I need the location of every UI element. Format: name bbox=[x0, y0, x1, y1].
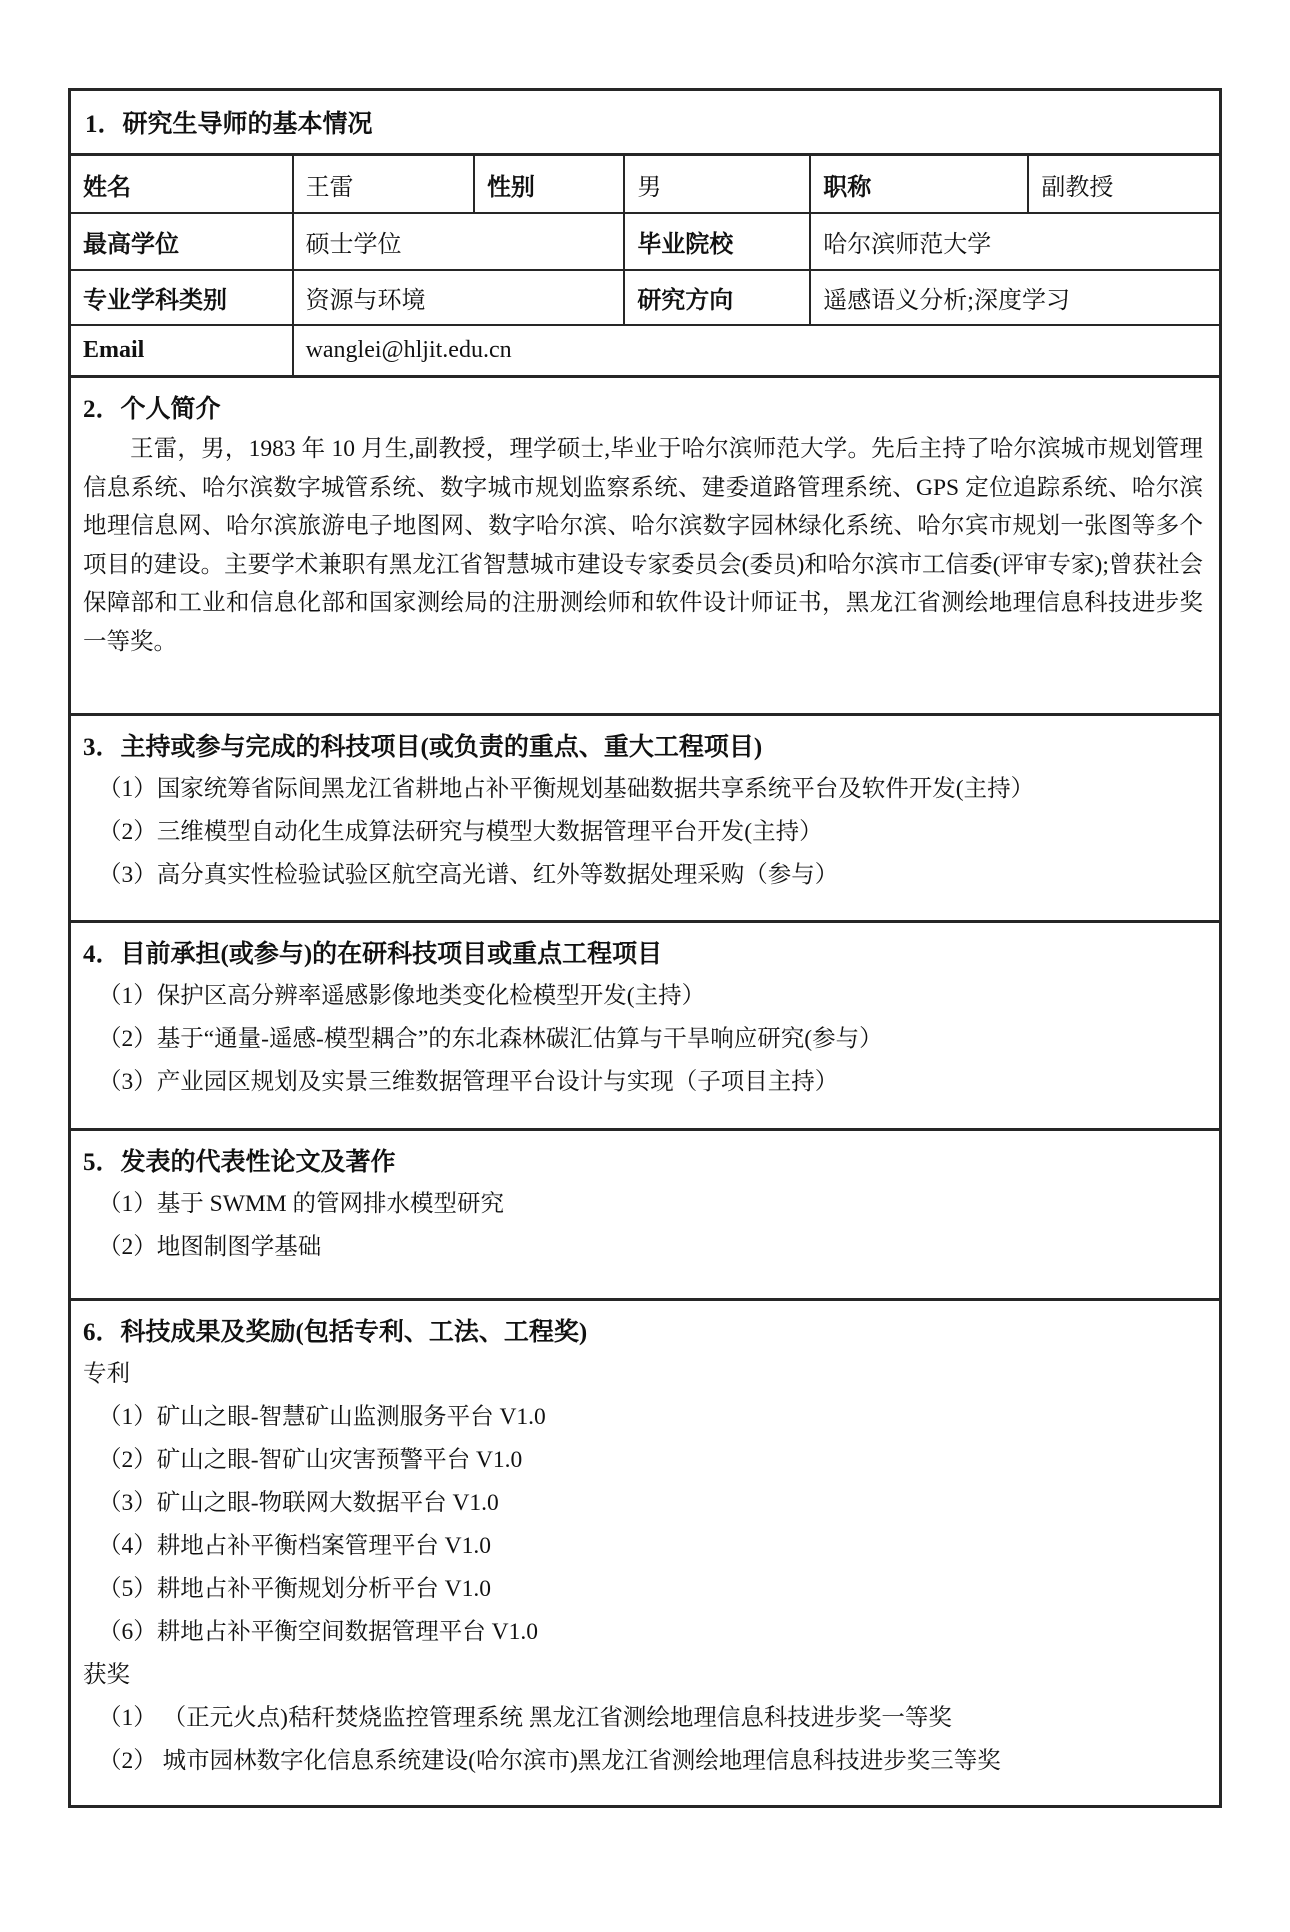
patents-group-label: 专利 bbox=[83, 1353, 1203, 1396]
degree-label: 最高学位 bbox=[71, 213, 293, 270]
prof-title-value: 副教授 bbox=[1028, 156, 1219, 213]
degree-value: 硕士学位 bbox=[293, 213, 625, 270]
section-6-title: 6．科技成果及奖励(包括专利、工法、工程奖) bbox=[83, 1315, 1203, 1351]
list-item: （2）地图制图学基础 bbox=[83, 1226, 1203, 1269]
bio-paragraph: 王雷，男，1983 年 10 月生,副教授，理学硕士,毕业于哈尔滨师范大学。先后… bbox=[83, 430, 1203, 661]
list-item: （2）三维模型自动化生成算法研究与模型大数据管理平台开发(主持） bbox=[83, 811, 1203, 854]
section-2-title: 2．个人简介 bbox=[83, 392, 1203, 428]
list-item: （5）耕地占补平衡规划分析平台 V1.0 bbox=[83, 1568, 1203, 1611]
section-4-title: 4．目前承担(或参与)的在研科技项目或重点工程项目 bbox=[83, 937, 1203, 973]
table-row: Email wanglei@hljit.edu.cn bbox=[71, 325, 1219, 375]
school-value: 哈尔滨师范大学 bbox=[810, 213, 1219, 270]
list-item: （2）基于“通量-遥感-模型耦合”的东北森林碳汇估算与干旱响应研究(参与） bbox=[83, 1018, 1203, 1061]
major-value: 资源与环境 bbox=[293, 270, 625, 325]
email-label: Email bbox=[71, 325, 293, 375]
list-item: （1）国家统筹省际间黑龙江省耕地占补平衡规划基础数据共享系统平台及软件开发(主持… bbox=[83, 768, 1203, 811]
direction-label: 研究方向 bbox=[624, 270, 810, 325]
list-item: （3）产业园区规划及实景三维数据管理平台设计与实现（子项目主持） bbox=[83, 1061, 1203, 1104]
section-5-publications: 5．发表的代表性论文及著作 （1）基于 SWMM 的管网排水模型研究 （2）地图… bbox=[71, 1128, 1219, 1298]
table-row: 最高学位 硕士学位 毕业院校 哈尔滨师范大学 bbox=[71, 213, 1219, 270]
school-label: 毕业院校 bbox=[624, 213, 810, 270]
list-item: （2）矿山之眼-智矿山灾害预警平台 V1.0 bbox=[83, 1439, 1203, 1482]
major-label: 专业学科类别 bbox=[71, 270, 293, 325]
direction-value: 遥感语义分析;深度学习 bbox=[810, 270, 1219, 325]
basic-info-table: 姓名 王雷 性别 男 职称 副教授 最高学位 硕士学位 毕业院校 哈尔滨师范大学… bbox=[71, 153, 1219, 375]
list-item: （3）矿山之眼-物联网大数据平台 V1.0 bbox=[83, 1482, 1203, 1525]
table-row: 专业学科类别 资源与环境 研究方向 遥感语义分析;深度学习 bbox=[71, 270, 1219, 325]
prof-title-label: 职称 bbox=[810, 156, 1028, 213]
table-row: 姓名 王雷 性别 男 职称 副教授 bbox=[71, 156, 1219, 213]
section-3-completed-projects: 3．主持或参与完成的科技项目(或负责的重点、重大工程项目) （1）国家统筹省际间… bbox=[71, 713, 1219, 920]
list-item: （3）高分真实性检验试验区航空高光谱、红外等数据处理采购（参与） bbox=[83, 854, 1203, 897]
list-item: （1）基于 SWMM 的管网排水模型研究 bbox=[83, 1183, 1203, 1226]
list-item: （1）矿山之眼-智慧矿山监测服务平台 V1.0 bbox=[83, 1396, 1203, 1439]
section-5-title: 5．发表的代表性论文及著作 bbox=[83, 1145, 1203, 1181]
email-value: wanglei@hljit.edu.cn bbox=[293, 325, 1219, 375]
section-2-bio: 2．个人简介 王雷，男，1983 年 10 月生,副教授，理学硕士,毕业于哈尔滨… bbox=[71, 375, 1219, 713]
list-item: （1）保护区高分辨率遥感影像地类变化检模型开发(主持） bbox=[83, 975, 1203, 1018]
awards-group-label: 获奖 bbox=[83, 1654, 1203, 1697]
section-3-title: 3．主持或参与完成的科技项目(或负责的重点、重大工程项目) bbox=[83, 730, 1203, 766]
list-item: （1） （正元火点)秸秆焚烧监控管理系统 黑龙江省测绘地理信息科技进步奖一等奖 bbox=[83, 1697, 1203, 1740]
gender-value: 男 bbox=[624, 156, 810, 213]
list-item: （4）耕地占补平衡档案管理平台 V1.0 bbox=[83, 1525, 1203, 1568]
section-4-current-projects: 4．目前承担(或参与)的在研科技项目或重点工程项目 （1）保护区高分辨率遥感影像… bbox=[71, 920, 1219, 1128]
gender-label: 性别 bbox=[474, 156, 624, 213]
name-value: 王雷 bbox=[293, 156, 474, 213]
name-label: 姓名 bbox=[71, 156, 293, 213]
section-6-achievements: 6．科技成果及奖励(包括专利、工法、工程奖) 专利 （1）矿山之眼-智慧矿山监测… bbox=[71, 1298, 1219, 1805]
list-item: （2） 城市园林数字化信息系统建设(哈尔滨市)黑龙江省测绘地理信息科技进步奖三等… bbox=[83, 1740, 1203, 1783]
section-1-title: 1．研究生导师的基本情况 bbox=[71, 91, 1219, 153]
list-item: （6）耕地占补平衡空间数据管理平台 V1.0 bbox=[83, 1611, 1203, 1654]
advisor-profile-form: 1．研究生导师的基本情况 姓名 王雷 性别 男 职称 副教授 最高学位 硕士学位… bbox=[68, 88, 1222, 1808]
